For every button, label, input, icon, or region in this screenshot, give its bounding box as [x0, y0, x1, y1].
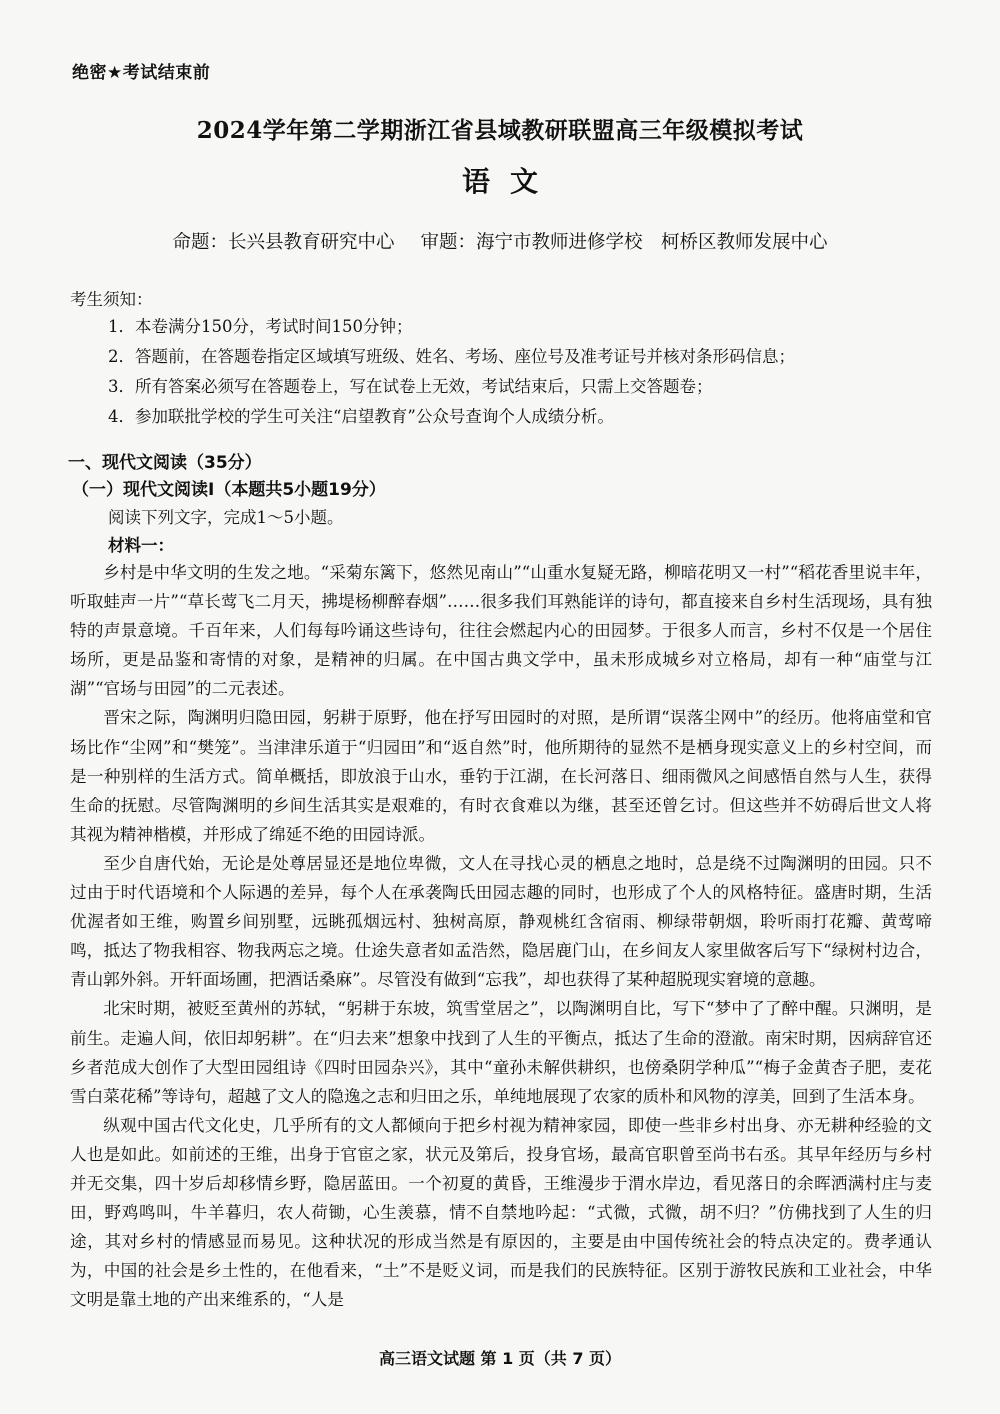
- credits-line: 命题：长兴县教育研究中心 审题：海宁市教师进修学校 柯桥区教师发展中心: [0, 228, 1000, 254]
- secret-mark: 绝密★考试结束前: [72, 58, 210, 83]
- page-footer: 高三语文试题 第 1 页（共 7 页）: [0, 1346, 1000, 1369]
- notice-item: 3．所有答案必须写在答题卷上，写在试卷上无效，考试结束后，只需上交答题卷；: [108, 372, 795, 402]
- notice-heading: 考生须知：: [70, 286, 153, 310]
- proposer: 命题：长兴县教育研究中心: [173, 232, 395, 253]
- paragraph: 纵观中国古代文化史，几乎所有的文人都倾向于把乡村视为精神家园，即使一些非乡村出身…: [70, 1111, 932, 1315]
- exam-title: 2024学年第二学期浙江省县域教研联盟高三年级模拟考试: [0, 112, 1000, 145]
- notice-list: 1．本卷满分150分，考试时间150分钟； 2．答题前，在答题卷指定区域填写班级…: [108, 312, 795, 432]
- paragraph: 乡村是中华文明的生发之地。“采菊东篱下，悠然见南山”“山重水复疑无路，柳暗花明又…: [70, 558, 932, 703]
- section-title: 一、现代文阅读（35分）: [68, 448, 262, 473]
- paragraph: 北宋时期，被贬至黄州的苏轼，“躬耕于东坡，筑雪堂居之”，以陶渊明自比，写下“梦中…: [70, 994, 932, 1110]
- paragraph: 至少自唐代始，无论是处尊居显还是地位卑微，文人在寻找心灵的栖息之地时，总是绕不过…: [70, 849, 932, 994]
- subsection-title: （一）现代文阅读Ⅰ（本题共5小题19分）: [72, 475, 386, 500]
- reading-passage: 乡村是中华文明的生发之地。“采菊东篱下，悠然见南山”“山重水复疑无路，柳暗花明又…: [70, 558, 932, 1314]
- paragraph: 晋宋之际，陶渊明归隐田园，躬耕于原野，他在抒写田园时的对照，是所谓“误落尘网中”…: [70, 703, 932, 848]
- reading-instruction: 阅读下列文字，完成1～5小题。: [108, 504, 344, 528]
- notice-item: 4．参加联批学校的学生可关注“启望教育”公众号查询个人成绩分析。: [108, 402, 795, 432]
- notice-item: 2．答题前，在答题卷指定区域填写班级、姓名、考场、座位号及准考证号并核对条形码信…: [108, 342, 795, 372]
- subject-title: 语文: [0, 160, 1000, 200]
- exam-page: 绝密★考试结束前 2024学年第二学期浙江省县域教研联盟高三年级模拟考试 语文 …: [0, 0, 1000, 1414]
- material-label: 材料一：: [108, 532, 174, 556]
- notice-item: 1．本卷满分150分，考试时间150分钟；: [108, 312, 795, 342]
- reviewer: 审题：海宁市教师进修学校 柯桥区教师发展中心: [420, 232, 827, 253]
